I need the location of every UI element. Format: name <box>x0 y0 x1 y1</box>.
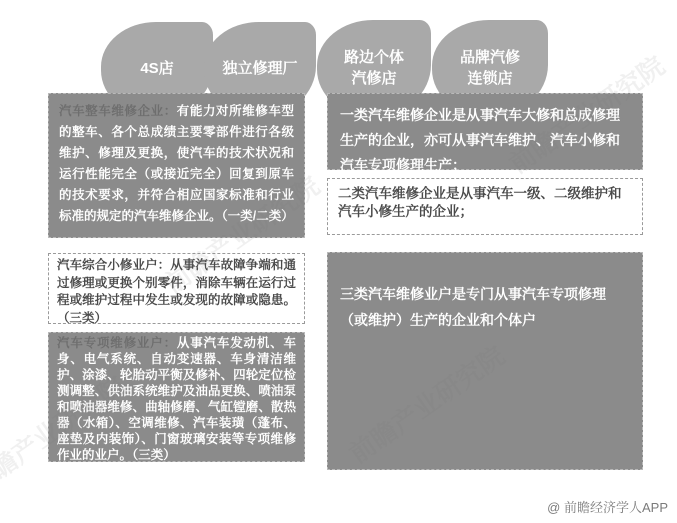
circle-label-line: 路边个体 <box>344 48 404 68</box>
box-text: 三类汽车维修业户是专门从事汽车专项修理（或维护）生产的企业和个体户 <box>340 281 630 333</box>
box-body: 二类汽车维修企业是从事汽车一级、二级维护和汽车小修生产的企业； <box>338 186 622 219</box>
box-body: 一类汽车维修企业是从事汽车大修和总成修理生产的企业，亦可从事汽车维护、汽车小修和… <box>340 107 620 173</box>
box-title: 汽车专项维修业户： <box>57 336 177 350</box>
box-class2-definition: 二类汽车维修企业是从事汽车一级、二级维护和汽车小修生产的企业； <box>327 178 643 235</box>
circle-label-line: 连锁店 <box>467 69 512 89</box>
box-text: 一类汽车维修企业是从事汽车大修和总成修理生产的企业，亦可从事汽车维护、汽车小修和… <box>340 103 630 178</box>
box-class1-definition: 一类汽车维修企业是从事汽车大修和总成修理生产的企业，亦可从事汽车维护、汽车小修和… <box>327 93 643 170</box>
box-body: 从事汽车发动机、车身、电气系统、自动变速器、车身清洁维护、涂漆、轮胎动平衡及修补… <box>57 336 296 462</box>
box-text: 汽车专项维修业户：从事汽车发动机、车身、电气系统、自动变速器、车身清洁维护、涂漆… <box>57 335 296 463</box>
box-text: 二类汽车维修企业是从事汽车一级、二级维护和汽车小修生产的企业； <box>338 185 632 221</box>
box-body: 三类汽车维修业户是专门从事汽车专项修理（或维护）生产的企业和个体户 <box>340 286 606 328</box>
circle-label-line: 汽修店 <box>351 69 396 89</box>
source-credit: @ 前瞻经济学人APP <box>547 497 668 516</box>
box-special-repair-household: 汽车专项维修业户：从事汽车发动机、车身、电气系统、自动变速器、车身清洁维护、涂漆… <box>48 332 305 462</box>
circle-label-line: 4S店 <box>140 59 173 79</box>
box-text: 汽车综合小修业户：从事汽车故障争端和通过修理或更换个别零件，消除车辆在运行过程或… <box>57 257 296 327</box>
box-title: 汽车综合小修业户： <box>57 258 170 272</box>
box-text: 汽车整车维修企业：有能力对所维修车型的整车、各个总成绩主要零部件进行各级维护、修… <box>59 101 294 227</box>
box-body: 有能力对所维修车型的整车、各个总成绩主要零部件进行各级维护、修理及更换，使汽车的… <box>59 104 294 223</box>
circle-label-line: 品牌汽修 <box>460 48 520 68</box>
box-class3-definition: 三类汽车维修业户是专门从事汽车专项修理（或维护）生产的企业和个体户 <box>327 252 643 470</box>
box-title: 汽车整车维修企业： <box>59 104 177 118</box>
box-comprehensive-minor-repair: 汽车综合小修业户：从事汽车故障争端和通过修理或更换个别零件，消除车辆在运行过程或… <box>48 253 305 324</box>
box-vehicle-overhaul-enterprise: 汽车整车维修企业：有能力对所维修车型的整车、各个总成绩主要零部件进行各级维护、修… <box>48 93 305 238</box>
circle-label-line: 独立修理厂 <box>222 59 297 79</box>
